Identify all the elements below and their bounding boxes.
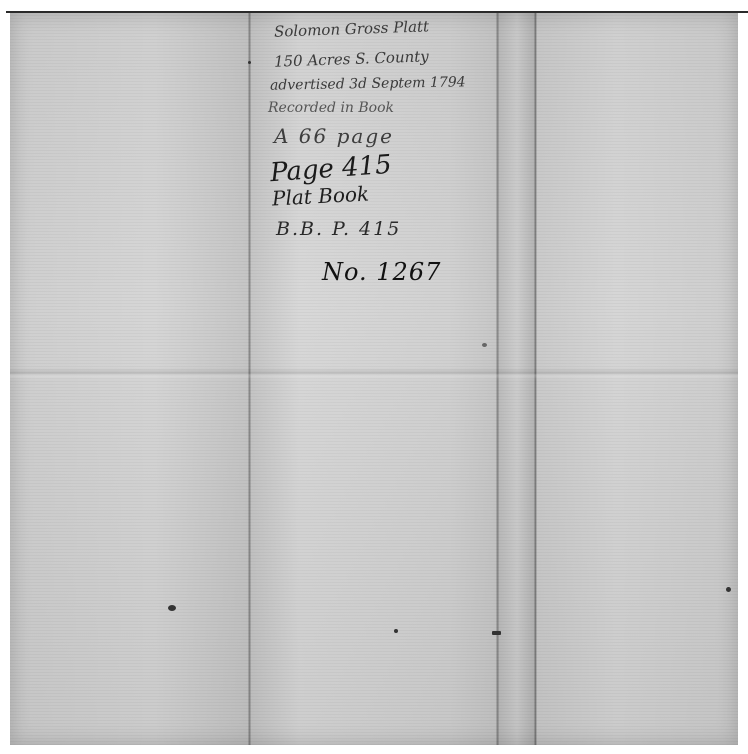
paper-sheet [10,13,738,745]
ink-spot [482,343,487,347]
inscription-line-reference: B.B. P. 415 [276,218,401,240]
ink-spot [394,629,398,633]
inscription-line-book-page: A 66 page [274,124,394,148]
ink-spot [492,631,501,635]
ink-spot [726,587,731,592]
ink-spot [248,61,251,64]
scanned-document: Solomon Gross Platt 150 Acres S. County … [0,0,748,754]
horizontal-fold-crease [10,368,738,380]
inscription-line-advertised: advertised 3d Septem 1794 [270,74,466,93]
inscription-line-plat-book: Plat Book [271,181,369,210]
inscription-line-recorded: Recorded in Book [268,100,394,116]
ink-spot [168,605,176,611]
inscription-line-number: No. 1267 [322,258,441,286]
